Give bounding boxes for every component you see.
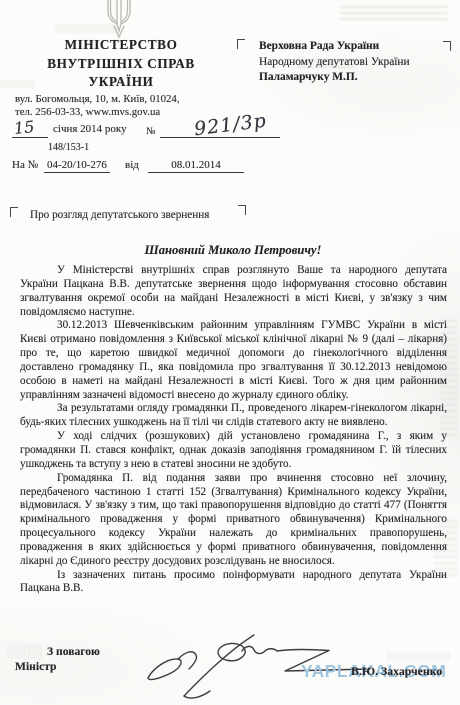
paragraph-6: Із зазначених питань просимо поінформува…	[20, 569, 447, 597]
scan-artifact	[340, 6, 448, 22]
closing-regards: З повагою	[47, 645, 100, 658]
scan-artifact	[8, 645, 44, 659]
reply-date: 08.01.2014	[148, 159, 244, 173]
salutation: Шановний Миколо Петровичу!	[20, 243, 446, 258]
closing-title: Міністр	[15, 660, 57, 673]
reply-prefix: На №	[12, 159, 38, 171]
subject-line: Про розгляд депутатського звернення	[30, 209, 250, 221]
day-underline	[12, 137, 48, 138]
scan-artifact	[440, 320, 458, 440]
scan-artifact	[56, 24, 118, 33]
scanned-letter-page: МІНІСТЕРСТВО ВНУТРІШНІХ СПРАВ УКРАЇНИ ву…	[0, 0, 460, 705]
paragraph-2: 30.12.2013 Шевченківським районним управ…	[20, 319, 447, 402]
signer-name: В.Ю. Захарченко	[351, 664, 442, 679]
reference-block: 15 січня 2014 року № 921/3р 148/153-1 На…	[12, 120, 292, 177]
scan-artifact	[0, 80, 34, 88]
reply-number-row: На № 04-20/10-276 від 08.01.2014	[12, 159, 292, 177]
scan-artifact	[434, 520, 458, 580]
recipient-line3: Паламарчуку М.П.	[259, 70, 445, 86]
letter-body: У Міністерстві внутрішніх справ розгляну…	[20, 264, 447, 596]
recipient-line1: Верховна Рада України	[259, 39, 445, 55]
date-text: січня 2014 року	[53, 123, 127, 135]
scan-artifact	[388, 652, 452, 661]
internal-number-row: 148/153-1	[12, 144, 292, 156]
fold-mark-left	[237, 39, 245, 49]
reply-number: 04-20/10-276	[44, 159, 110, 173]
paragraph-4: У ході слідчих (розшукових) дій установл…	[20, 430, 447, 472]
ministry-name: МІНІСТЕРСТВО ВНУТРІШНІХ СПРАВ УКРАЇНИ	[14, 36, 228, 92]
fold-mark-subject-left	[10, 207, 18, 217]
scan-artifact	[296, 60, 356, 68]
reply-vid-label: від	[125, 159, 139, 171]
internal-number: 148/153-1	[48, 142, 89, 153]
ministry-name-line1: МІНІСТЕРСТВО	[14, 36, 228, 55]
paragraph-1: У Міністерстві внутрішніх справ розгляну…	[20, 264, 447, 319]
outgoing-number-row: 15 січня 2014 року № 921/3р	[12, 120, 292, 144]
number-sign: №	[146, 126, 156, 137]
paragraph-5: Громадянка П. від подання заяви про вчин…	[20, 472, 447, 569]
tryzub-emblem-icon	[101, 0, 137, 40]
paragraph-3: За результатами огляду громадянки П., пр…	[20, 402, 447, 430]
ministry-name-line3: УКРАЇНИ	[14, 73, 228, 92]
ministry-name-line2: ВНУТРІШНІХ СПРАВ	[14, 55, 228, 74]
address-line1: вул. Богомольця, 10, м. Київ, 01024,	[15, 93, 245, 106]
handwritten-day: 15	[13, 117, 35, 138]
